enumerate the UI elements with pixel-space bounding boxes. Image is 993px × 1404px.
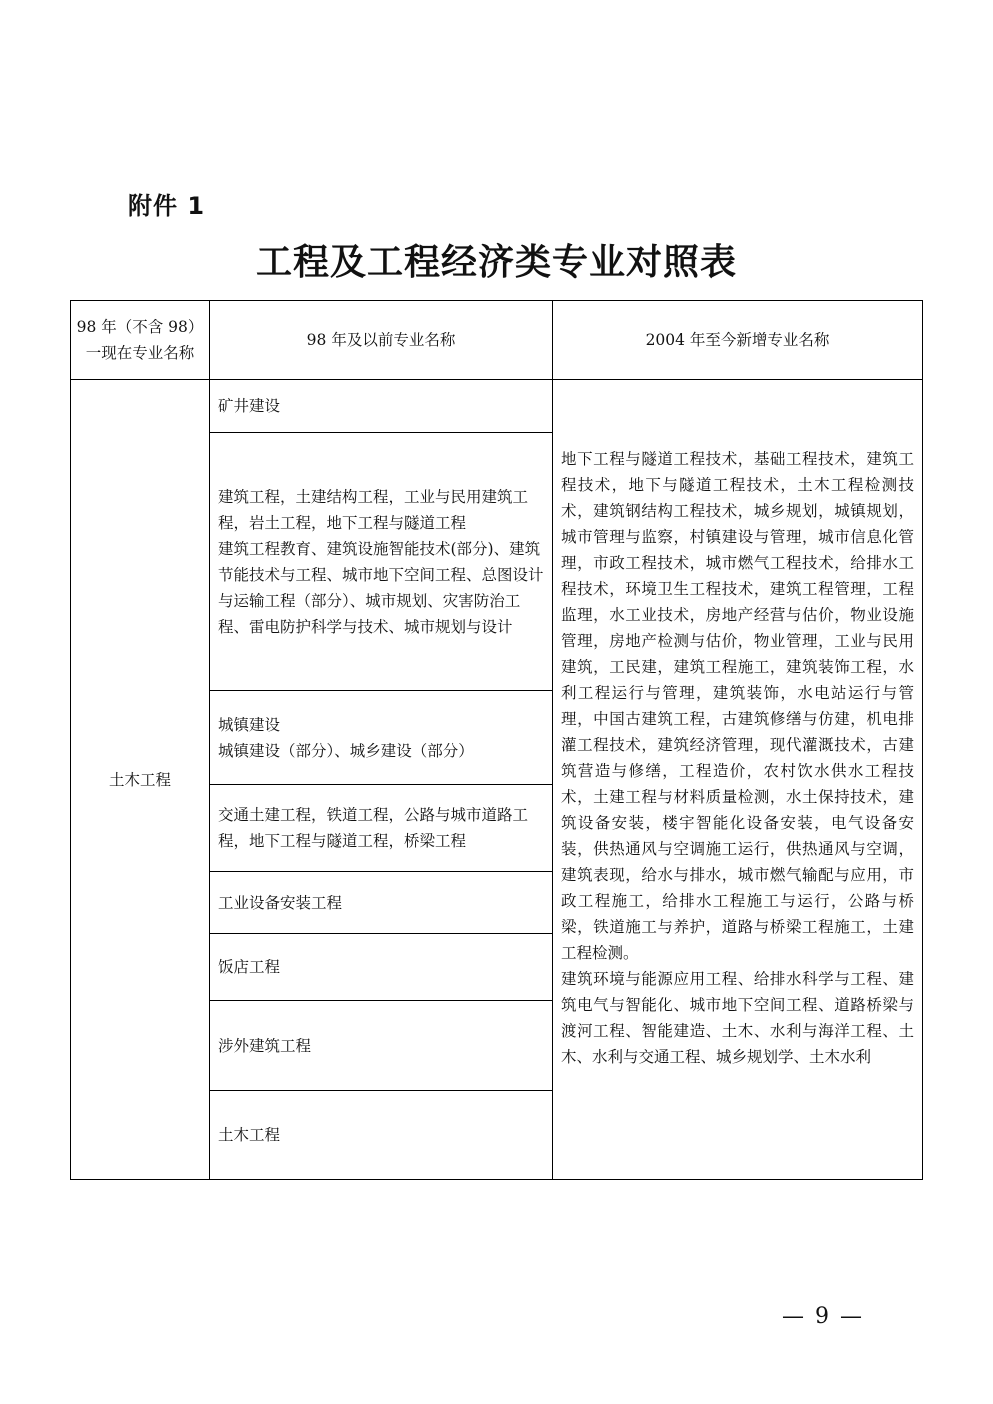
pre98-text: 交通土建工程，铁道工程，公路与城市道路工程，地下工程与隧道工程，桥梁工程 [218,802,544,854]
pre98-cell: 土木工程 [210,1091,553,1180]
header-since2004-name: 2004 年至今新增专业名称 [553,301,923,380]
attachment-label: 附件 1 [128,186,205,221]
pre98-cell: 矿井建设 [210,380,553,433]
pre98-cell: 饭店工程 [210,934,553,1001]
pre98-text: 城镇建设 [218,712,544,738]
pre98-text: 工业设备安装工程 [218,890,544,916]
pre98-text: 城镇建设（部分）、城乡建设（部分） [218,738,544,764]
pre98-cell: 工业设备安装工程 [210,872,553,934]
pre98-text: 建筑工程，土建结构工程，工业与民用建筑工程，岩土工程，地下工程与隧道工程 [218,484,544,536]
pre98-text: 土木工程 [218,1122,544,1148]
since2004-paragraph-1: 地下工程与隧道工程技术，基础工程技术，建筑工程技术，地下与隧道工程技术，土木工程… [561,446,914,966]
major-comparison-table: 98 年（不含 98）一现在专业名称 98 年及以前专业名称 2004 年至今新… [70,300,923,1180]
since2004-cell: 地下工程与隧道工程技术，基础工程技术，建筑工程技术，地下与隧道工程技术，土木工程… [553,380,923,1180]
page-number: — 9 — [782,1304,864,1329]
pre98-text: 矿井建设 [218,393,544,419]
header-pre98-name: 98 年及以前专业名称 [210,301,553,380]
pre98-text: 饭店工程 [218,954,544,980]
pre98-text: 涉外建筑工程 [218,1033,544,1059]
table-header-row: 98 年（不含 98）一现在专业名称 98 年及以前专业名称 2004 年至今新… [71,301,923,380]
pre98-text: 建筑工程教育、建筑设施智能技术(部分)、建筑节能技术与工程、城市地下空间工程、总… [218,536,544,640]
header-current-name: 98 年（不含 98）一现在专业名称 [71,301,210,380]
category-cell: 土木工程 [71,380,210,1180]
pre98-cell: 涉外建筑工程 [210,1001,553,1091]
table-row: 土木工程 矿井建设 地下工程与隧道工程技术，基础工程技术，建筑工程技术，地下与隧… [71,380,923,433]
pre98-cell: 交通土建工程，铁道工程，公路与城市道路工程，地下工程与隧道工程，桥梁工程 [210,785,553,872]
pre98-cell: 城镇建设 城镇建设（部分）、城乡建设（部分） [210,691,553,785]
since2004-paragraph-2: 建筑环境与能源应用工程、给排水科学与工程、建筑电气与智能化、城市地下空间工程、道… [561,966,914,1070]
pre98-cell: 建筑工程，土建结构工程，工业与民用建筑工程，岩土工程，地下工程与隧道工程 建筑工… [210,433,553,691]
document-title: 工程及工程经济类专业对照表 [0,234,993,285]
